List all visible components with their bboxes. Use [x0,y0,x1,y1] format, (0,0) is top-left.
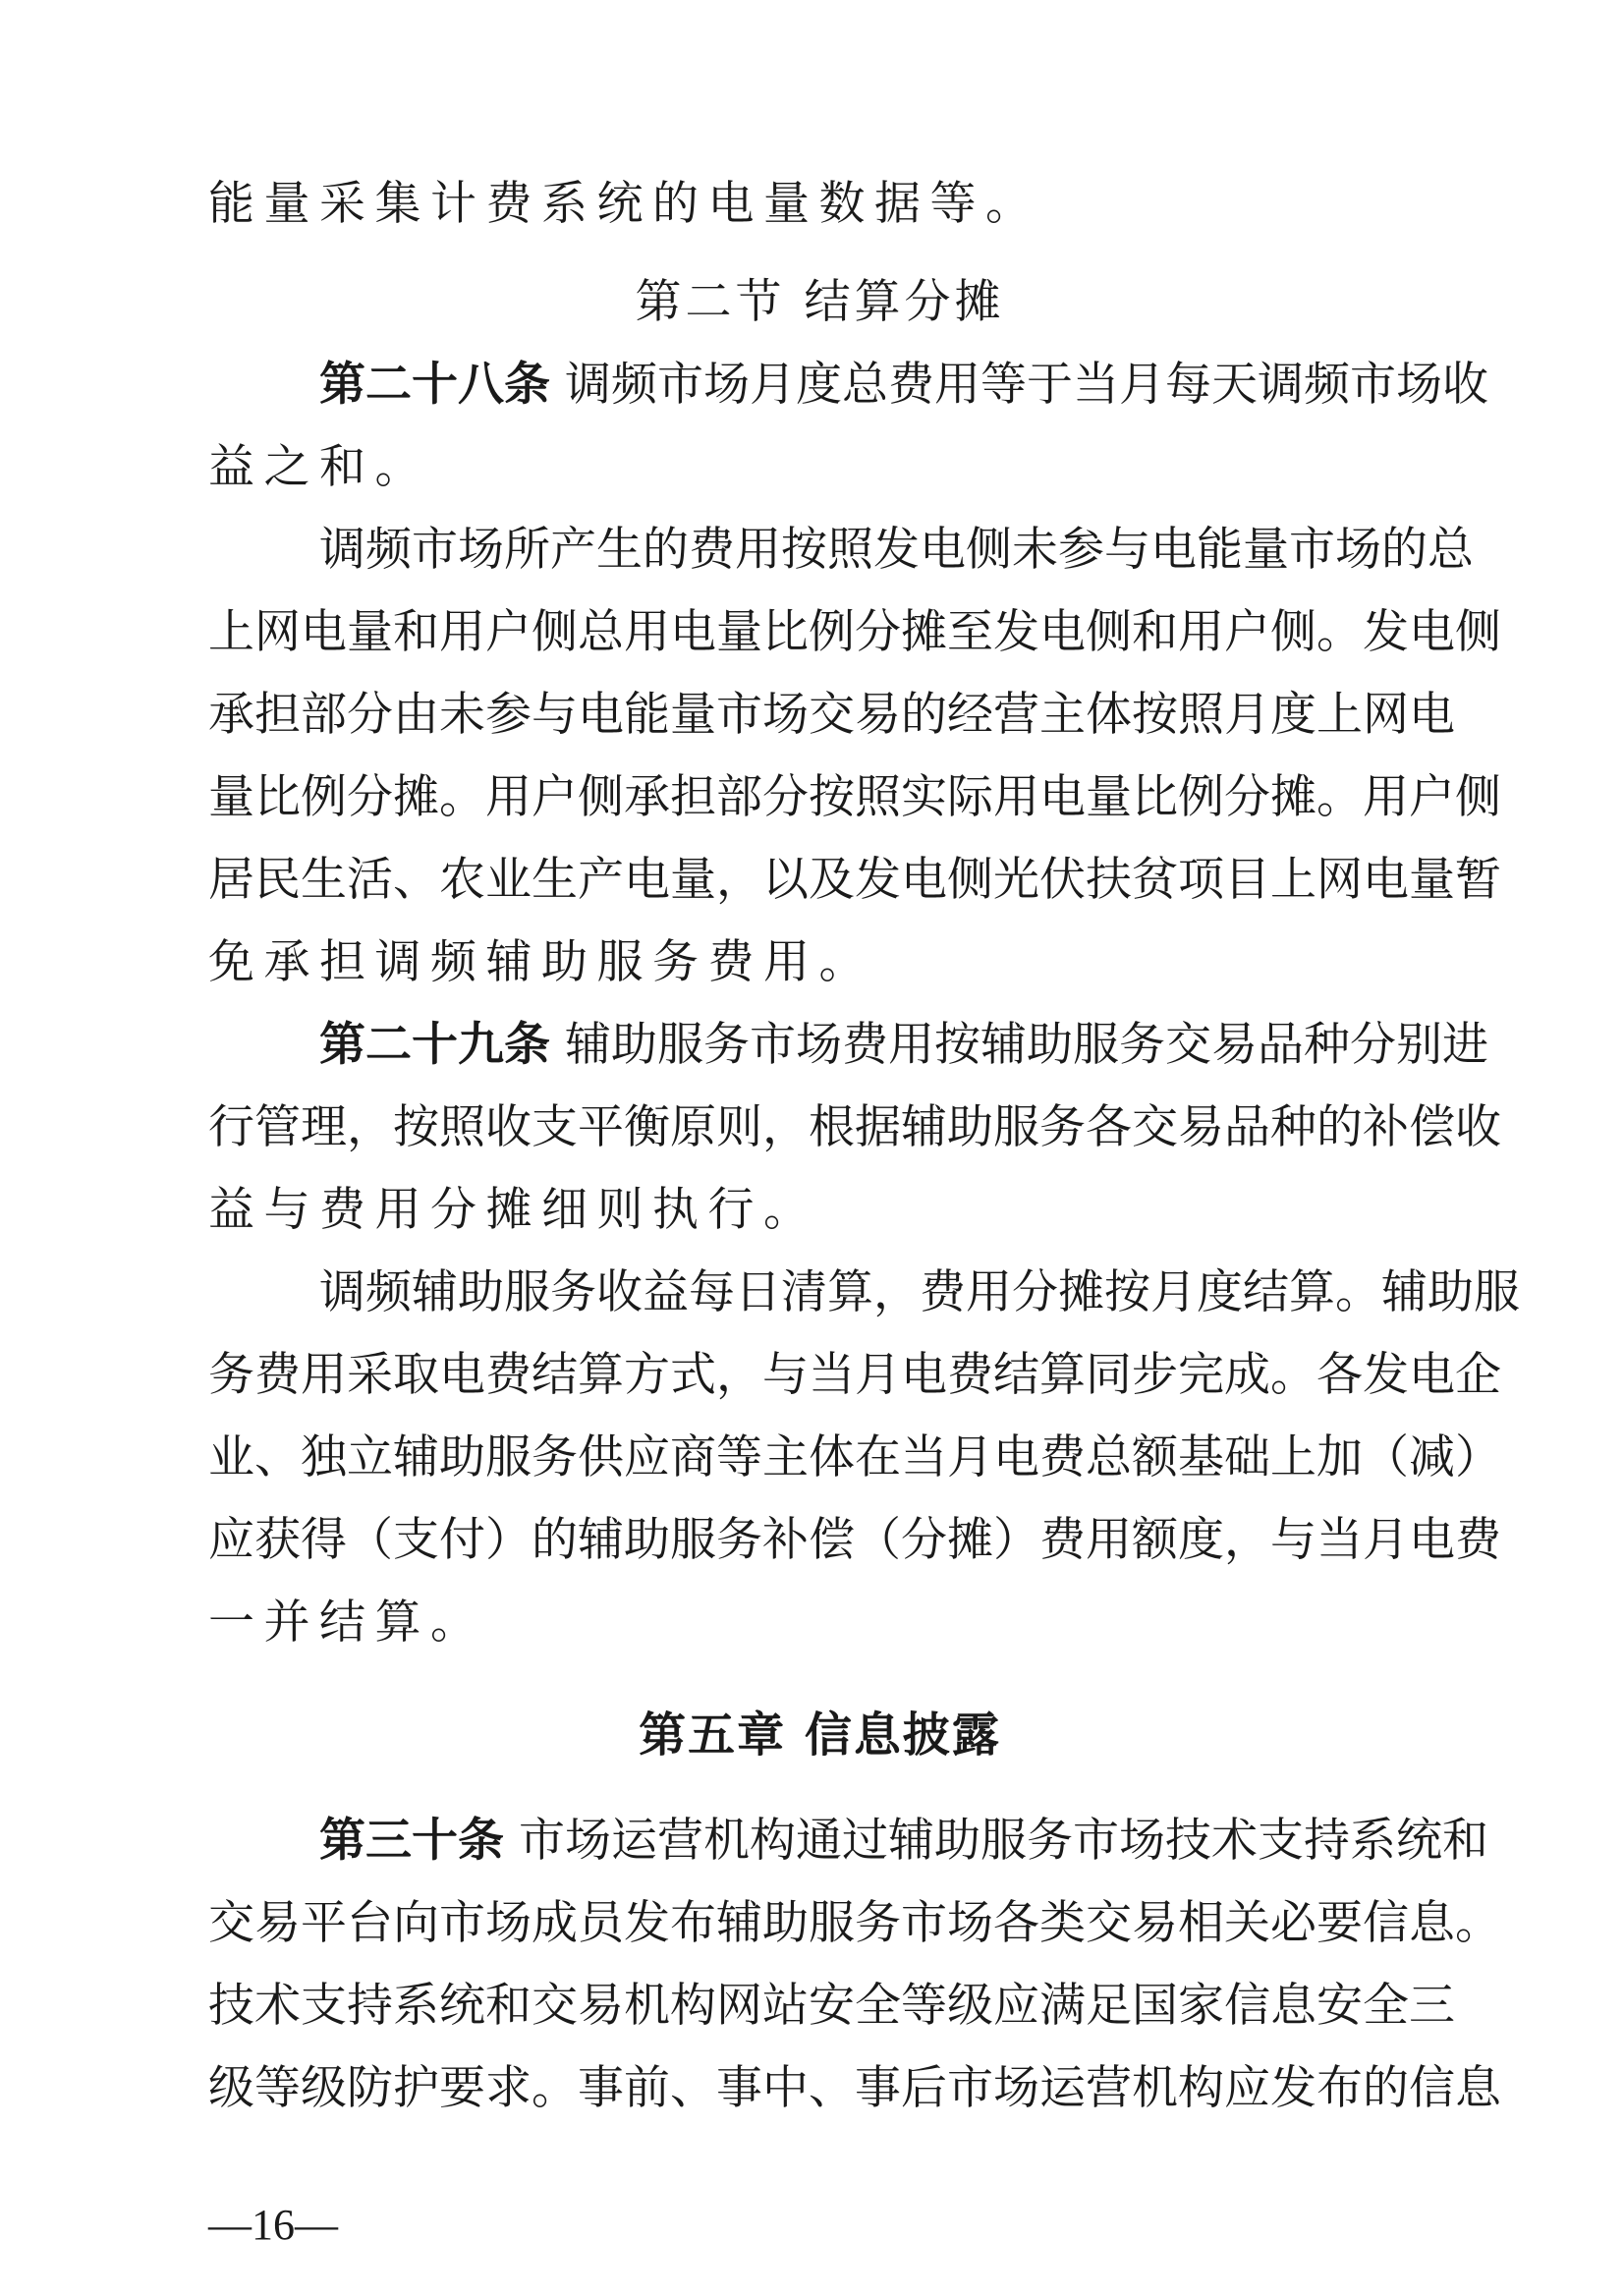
chapter-heading: 第五章 信息披露 [208,1706,1431,1764]
article-30-text: 市场运营机构通过辅助服务市场技术支持系统和 [519,1814,1488,1868]
article-30-title: 第三十条 [319,1814,504,1868]
article-28-title: 第二十八条 [319,358,550,412]
article-29-title: 第二十九条 [319,1018,550,1072]
para-29-2-line-3: 业、独立辅助服务供应商等主体在当月电费总额基础上加（减） [208,1428,1431,1487]
article-30-line-3: 技术支持系统和交易机构网站安全等级应满足国家信息安全三 [208,1977,1431,2036]
article-28-text: 调频市场月度总费用等于当月每天调频市场收 [565,358,1488,412]
continuation-line: 能量采集计费系统的电量数据等。 [208,175,1431,234]
para-28-2-line-6: 免承担调频辅助服务费用。 [208,933,1431,992]
section-heading: 第二节 结算分摊 [208,273,1431,332]
para-29-2-line-2: 务费用采取电费结算方式，与当月电费结算同步完成。各发电企 [208,1346,1431,1405]
para-29-2-line-4: 应获得（支付）的辅助服务补偿（分摊）费用额度，与当月电费 [208,1511,1431,1570]
para-28-2-line-5: 居民生活、农业生产电量，以及发电侧光伏扶贫项目上网电量暂 [208,851,1431,910]
article-29-line-2: 行管理，按照收支平衡原则，根据辅助服务各交易品种的补偿收 [208,1098,1431,1157]
para-29-2-line-5: 一并结算。 [208,1594,1431,1652]
article-30-line-2: 交易平台向市场成员发布辅助服务市场各类交易相关必要信息。 [208,1894,1431,1953]
article-30-line-4: 级等级防护要求。事前、事中、事后市场运营机构应发布的信息 [208,2059,1431,2118]
para-28-2-line-1: 调频市场所产生的费用按照发电侧未参与电能量市场的总 [208,521,1431,580]
page-number: —16— [208,2196,338,2255]
para-29-2-line-1: 调频辅助服务收益每日清算，费用分摊按月度结算。辅助服 [208,1263,1431,1322]
para-28-2-line-3: 承担部分由未参与电能量市场交易的经营主体按照月度上网电 [208,686,1431,745]
article-29-text: 辅助服务市场费用按辅助服务交易品种分别进 [565,1018,1488,1072]
article-28-line-2: 益之和。 [208,438,1431,497]
para-28-2-line-2: 上网电量和用户侧总用电量比例分摊至发电侧和用户侧。发电侧 [208,603,1431,662]
para-28-2-line-4: 量比例分摊。用户侧承担部分按照实际用电量比例分摊。用户侧 [208,768,1431,827]
article-28-line-1: 第二十八条 调频市场月度总费用等于当月每天调频市场收 [208,356,1431,415]
article-30-line-1: 第三十条 市场运营机构通过辅助服务市场技术支持系统和 [208,1812,1431,1871]
article-29-line-3: 益与费用分摊细则执行。 [208,1181,1431,1240]
article-29-line-1: 第二十九条 辅助服务市场费用按辅助服务交易品种分别进 [208,1016,1431,1075]
